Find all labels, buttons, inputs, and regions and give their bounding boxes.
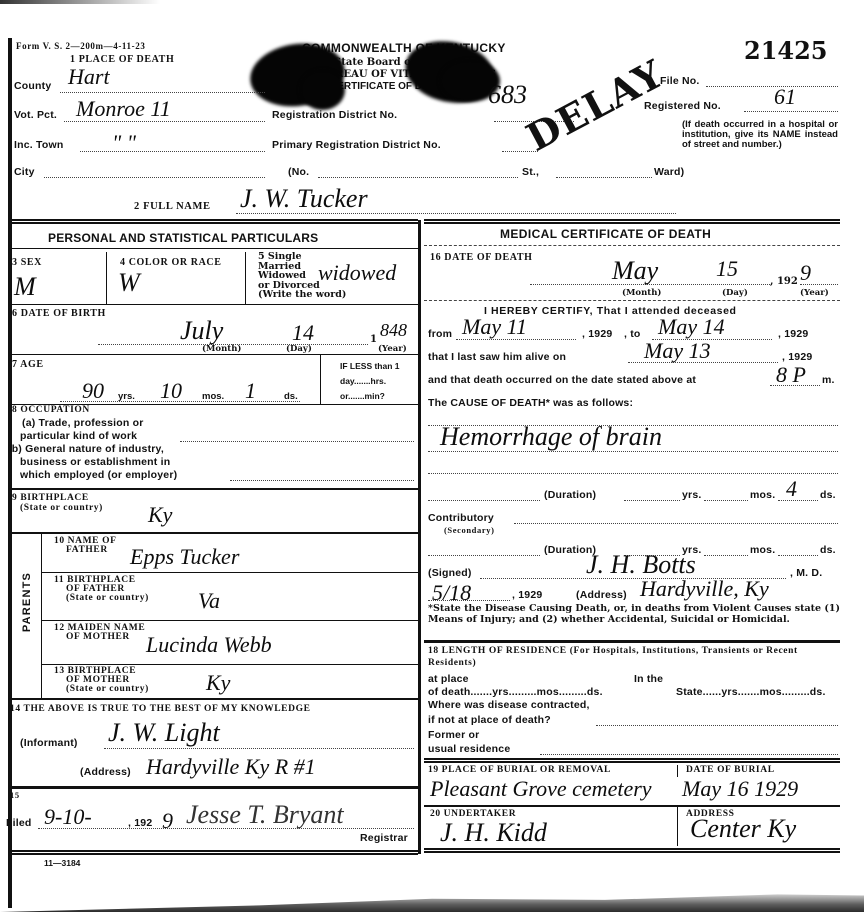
signed-year: , 1929 (512, 589, 542, 601)
duration-2-mos-line (704, 555, 748, 556)
contributory-sub: (Secondary) (444, 525, 495, 535)
occupation-a-line (180, 441, 414, 442)
filed-number: 15 (10, 790, 20, 800)
divider (320, 355, 321, 405)
rule (42, 572, 418, 573)
duration-ds-line (778, 500, 818, 501)
dod-month: May (612, 256, 658, 286)
inc-town-line (80, 151, 265, 152)
former-residence-2: usual residence (428, 743, 510, 755)
duration-2-mos-label: mos. (750, 544, 775, 556)
mother-name-label-2: OF MOTHER (54, 633, 145, 642)
less-than-day-1: IF LESS than 1 (340, 359, 400, 374)
rule (424, 758, 840, 763)
sex-label: 3 SEX (12, 257, 42, 268)
informant-heading: 14 THE ABOVE IS TRUE TO THE BEST OF MY K… (10, 704, 311, 714)
father-birthplace-label: 11 BIRTHPLACE OF FATHER (State or countr… (54, 576, 149, 603)
medical-heading: MEDICAL CERTIFICATE OF DEATH (500, 227, 711, 241)
where-contracted-1: Where was disease contracted, (428, 699, 590, 711)
rule (10, 354, 418, 355)
street-no-line (318, 177, 518, 178)
duration-line (428, 500, 540, 501)
hospital-note: (If death occurred in a hospital or inst… (682, 120, 838, 150)
doctor-address-value: Hardyville, Ky (640, 576, 769, 602)
informant-address-label: (Address) (80, 766, 131, 778)
at-place-label: at place (428, 673, 469, 685)
vot-pct-value: Monroe 11 (76, 96, 171, 122)
duration-mos-line (704, 500, 748, 501)
death-time-value: 8 P (776, 362, 806, 388)
duration-yrs-label: yrs. (682, 489, 701, 501)
less-than-day-3: or.......min? (340, 389, 400, 404)
mother-name-value: Lucinda Webb (146, 632, 272, 658)
form-id: Form V. S. 2—200m—4-11-23 (16, 41, 145, 51)
mother-birthplace-label-3: (State or country) (54, 685, 149, 694)
father-name-label: 10 NAME OF FATHER (54, 537, 116, 555)
residence-heading: 18 LENGTH OF RESIDENCE (For Hospitals, I… (428, 645, 840, 669)
duration-mos-value: 4 (786, 476, 797, 502)
duration-yrs-line (624, 500, 680, 501)
contributory-line (514, 523, 838, 524)
city-line (44, 177, 265, 178)
dob-day-caption: (Day) (286, 344, 312, 354)
mother-birthplace-label: 13 BIRTHPLACE OF MOTHER (State or countr… (54, 667, 149, 694)
registrar-label: Registrar (360, 832, 408, 844)
to-year: , 1929 (778, 328, 808, 340)
county-value: Hart (68, 64, 110, 90)
informant-label: (Informant) (20, 737, 78, 749)
from-value: May 11 (462, 314, 527, 340)
filed-year-prefix: , 192 (128, 817, 152, 829)
of-death-label: of death.......yrs.........mos.........d… (428, 686, 603, 698)
less-than-day-2: day.......hrs. (340, 374, 400, 389)
rule (10, 248, 418, 249)
filed-year: 9 (162, 808, 173, 834)
primary-registration-line (502, 151, 538, 152)
sex-value: M (14, 272, 36, 302)
dob-month-caption: (Month) (202, 344, 241, 354)
rule (10, 304, 418, 305)
footer-code: 11—3184 (44, 858, 80, 868)
registration-district-value: 683 (488, 80, 527, 110)
dod-day-caption: (Day) (722, 288, 748, 298)
street-no-label: (No. (288, 166, 309, 178)
left-border (8, 38, 12, 908)
where-contracted-2: if not at place of death? (428, 714, 551, 726)
rule (424, 245, 840, 246)
age-line (60, 401, 300, 402)
inc-town-label: Inc. Town (14, 139, 63, 151)
section-rule-left (10, 219, 418, 224)
signed-label: (Signed) (428, 567, 472, 579)
dob-year-caption: (Year) (378, 344, 407, 354)
last-saw-label: that I last saw him alive on (428, 351, 566, 363)
divider (106, 252, 107, 304)
inc-town-value: " " (112, 130, 136, 156)
ink-blot-left-2 (300, 70, 345, 110)
dob-day: 14 (292, 320, 314, 346)
undertaker-value: J. H. Kidd (440, 818, 547, 848)
bottom-rule-left (10, 850, 418, 855)
rule (10, 698, 418, 700)
dob-month: July (180, 316, 223, 346)
street-line (556, 177, 652, 178)
father-name-value: Epps Tucker (130, 544, 239, 570)
filed-date: 9-10- (44, 804, 92, 830)
occupation-a-2: particular kind of work (20, 430, 137, 442)
file-no-line (706, 86, 838, 87)
contributory-label: Contributory (428, 512, 494, 524)
informant-line (104, 748, 414, 749)
burial-place-value: Pleasant Grove cemetery (430, 776, 652, 802)
doctor-address-label: (Address) (576, 589, 627, 601)
filed-label: Filed (6, 817, 32, 829)
city-label: City (14, 166, 35, 178)
occupation-label: 8 OCCUPATION (12, 405, 90, 415)
center-divider (418, 220, 421, 854)
dod-year: 9 (800, 260, 811, 286)
vot-pct-label: Vot. Pct. (14, 109, 57, 121)
duration-ds-label: ds. (820, 489, 836, 501)
from-year: , 1929 (582, 328, 612, 340)
where-contracted-line (596, 725, 838, 726)
father-birthplace-value: Va (198, 588, 220, 614)
street-label: St., (522, 166, 539, 178)
to-value: May 14 (658, 314, 725, 340)
certificate-number: 21425 (744, 36, 828, 65)
parents-label: PARENTS (21, 567, 33, 637)
parents-divider (41, 533, 42, 698)
cause-line-3 (428, 473, 838, 474)
occupation-b-2: business or establishment in (20, 456, 170, 468)
color-label: 4 COLOR OR RACE (120, 257, 222, 268)
dod-year-caption: (Year) (800, 288, 829, 298)
dob-year: 848 (380, 320, 407, 341)
father-birthplace-label-3: (State or country) (54, 594, 149, 603)
occupation-b-1: (b) General nature of industry, (8, 443, 164, 455)
burial-date-value: May 16 1929 (682, 776, 798, 802)
occupation-a-1: (a) Trade, profession or (22, 417, 144, 429)
rule (424, 805, 840, 807)
to-label: , to (624, 328, 641, 340)
cause-label: The CAUSE OF DEATH* was as follows: (428, 397, 633, 409)
county-line (60, 92, 265, 93)
personal-heading: PERSONAL AND STATISTICAL PARTICULARS (48, 231, 318, 245)
county-label: County (14, 80, 51, 92)
rule (424, 640, 840, 643)
color-value: W (118, 268, 140, 298)
registered-no-value: 61 (774, 84, 796, 110)
age-label: 7 AGE (12, 359, 44, 370)
former-residence-line (540, 754, 838, 755)
dob-label: 6 DATE OF BIRTH (12, 308, 106, 319)
occupation-b-line (230, 480, 414, 481)
duration-mos-label: mos. (750, 489, 775, 501)
full-name-label: 2 FULL NAME (134, 201, 211, 212)
father-name-label-2: FATHER (54, 546, 116, 555)
registered-no-label: Registered No. (644, 100, 721, 112)
duration-2-ds-label: ds. (820, 544, 836, 556)
burial-label: 19 PLACE OF BURIAL OR REMOVAL (428, 765, 611, 775)
former-residence-1: Former or (428, 729, 479, 741)
dob-year-prefix: 1 (370, 334, 377, 345)
registered-no-line (744, 111, 838, 112)
duration-2-ds-line (778, 555, 818, 556)
divider (677, 765, 678, 777)
scan-artifact-top (0, 0, 160, 4)
death-time-suffix: m. (822, 374, 835, 386)
in-the-label: In the (634, 673, 663, 685)
duration-label: (Duration) (544, 489, 596, 501)
full-name-value: J. W. Tucker (240, 184, 368, 214)
last-saw-value: May 13 (644, 338, 711, 364)
rule (424, 300, 840, 301)
less-than-day: IF LESS than 1 day.......hrs. or.......m… (340, 359, 400, 404)
informant-value: J. W. Light (108, 718, 220, 748)
rule (10, 488, 418, 490)
ward-label: Ward) (654, 166, 684, 178)
registration-district-label: Registration District No. (272, 109, 397, 121)
section-rule-right (424, 219, 840, 224)
cause-value: Hemorrhage of brain (440, 422, 662, 452)
death-time-label: and that death occurred on the date stat… (428, 374, 696, 386)
birthplace-value: Ky (148, 502, 172, 528)
from-label: from (428, 328, 452, 340)
rule (10, 786, 418, 789)
primary-registration-label: Primary Registration District No. (272, 139, 441, 151)
duration-2-line (428, 555, 540, 556)
dod-label: 16 DATE OF DEATH (430, 252, 532, 263)
rule (42, 620, 418, 621)
mother-name-label: 12 MAIDEN NAME OF MOTHER (54, 624, 145, 642)
state-residence-label: State......yrs.......mos.........ds. (676, 686, 826, 698)
mother-birthplace-value: Ky (206, 670, 230, 696)
undertaker-address-value: Center Ky (690, 814, 796, 844)
burial-date-label: DATE OF BURIAL (686, 765, 775, 775)
md-label: , M. D. (790, 567, 822, 579)
divider (677, 806, 678, 846)
marital-value: widowed (318, 260, 396, 286)
birthplace-sub: (State or country) (20, 503, 103, 513)
occupation-b-3: which employed (or employer) (20, 469, 177, 481)
dod-month-caption: (Month) (622, 288, 661, 298)
informant-address-value: Hardyville Ky R #1 (146, 754, 316, 780)
marital-write: (Write the word) (258, 290, 346, 300)
dod-year-prefix: , 192 (770, 276, 798, 287)
rule (42, 664, 418, 665)
dod-year-line (800, 284, 838, 285)
registrar-signature: Jesse T. Bryant (186, 800, 344, 830)
divider (245, 252, 246, 304)
birthplace-label: 9 BIRTHPLACE (12, 493, 89, 503)
bottom-rule-right (424, 848, 840, 853)
rule (10, 532, 418, 534)
cause-footnote: *State the Disease Causing Death, or, in… (428, 604, 840, 625)
dod-day: 15 (716, 256, 738, 282)
scan-artifact-bottom (0, 890, 864, 912)
